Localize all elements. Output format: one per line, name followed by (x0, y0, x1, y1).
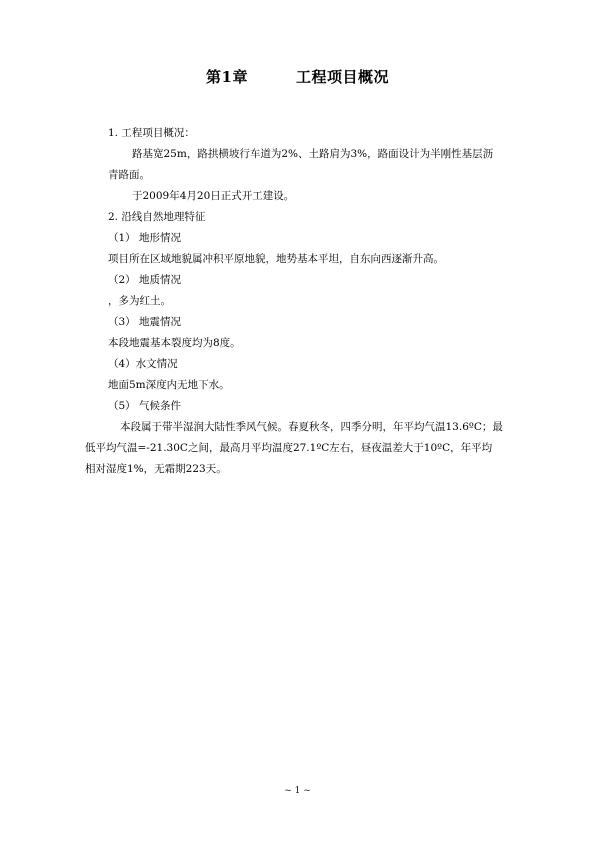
chapter-title: 第1章工程项目概况 (0, 66, 595, 87)
paragraph-line: 低平均气温=-21.30C之间，最高月平均温度27.1ºC左右，昼夜温差大于10… (85, 441, 492, 455)
paragraph-line: 本段地震基本裂度均为8度。 (108, 336, 241, 350)
subsection-heading: （3） 地震情况 (108, 315, 181, 329)
chapter-number: 第1章 (206, 66, 248, 87)
subsection-heading: （4）水文情况 (108, 357, 178, 371)
page-number: ~ 1 ~ (0, 786, 595, 796)
subsection-heading: （5） 气候条件 (108, 399, 181, 413)
paragraph-line: 地面5m深度内无地下水。 (108, 378, 230, 392)
section-heading-2: 2. 沿线自然地理特征 (108, 210, 205, 224)
subsection-heading: （2） 地质情况 (108, 273, 181, 287)
paragraph-line: 本段属于带半湿润大陆性季风气候。春夏秋冬，四季分明，年平均气温13.6ºC；最 (120, 420, 503, 434)
paragraph-line: 项目所在区域地貌属冲积平原地貌，地势基本平坦，自东向西逐渐升高。 (108, 252, 444, 266)
chapter-name: 工程项目概况 (296, 68, 389, 86)
paragraph-line: 相对湿度1%，无霜期223天。 (85, 462, 227, 476)
section-heading-1: 1. 工程项目概况： (108, 126, 195, 140)
paragraph-line: 路基宽25m，路拱横坡行车道为2%、土路肩为3%，路面设计为半刚性基层沥 (132, 147, 493, 161)
paragraph-line: 于2009年4月20日正式开工建设。 (132, 189, 294, 203)
paragraph-line: 青路面。 (108, 168, 150, 182)
subsection-heading: （1） 地形情况 (108, 231, 181, 245)
paragraph-line: ，多为红土。 (108, 294, 171, 308)
